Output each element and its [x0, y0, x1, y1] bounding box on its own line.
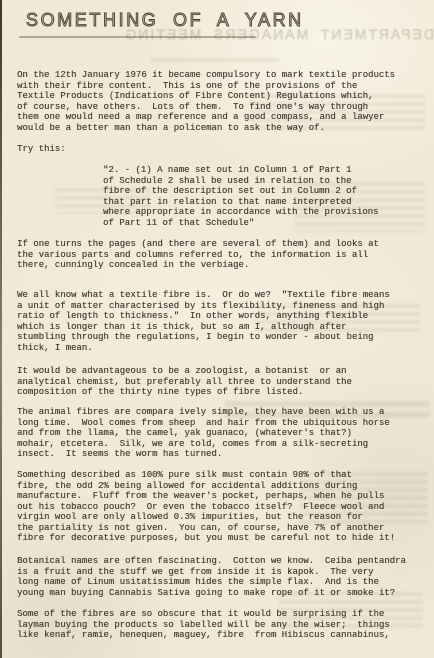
paragraph-intro: On the 12th January 1976 it became compu…: [17, 70, 395, 133]
page-title: SOMETHING OF A YARN: [26, 10, 304, 31]
scan-edge-artifact: [0, 0, 2, 658]
paragraph-textile-fibre: We all know what a textile fibre is. Or …: [17, 290, 390, 353]
paragraph-animal-fibres: The animal fibres are compara ively simp…: [17, 407, 390, 460]
paragraph-pure-silk: Something described as 100% pure silk mu…: [17, 470, 395, 544]
paragraph-botanical-names: Botanical names are often fascinating. C…: [17, 556, 406, 598]
paragraph-turns-pages: If one turns the pages (and there are se…: [17, 239, 379, 271]
bleedthrough-smudge: [150, 54, 280, 62]
regulation-quote: "2. - (1) A name set out in Column 1 of …: [103, 165, 378, 228]
paragraph-zoologist: It would be advantageous to be a zoologi…: [17, 366, 352, 398]
paragraph-try-this: Try this:: [17, 144, 66, 155]
paragraph-obscure-fibres: Some of the fibres are so obscure that i…: [17, 609, 390, 641]
scanned-page: DEPARTMENT MANAGERS MEETING SOMETHING OF…: [0, 0, 434, 658]
title-underline: [19, 36, 256, 38]
